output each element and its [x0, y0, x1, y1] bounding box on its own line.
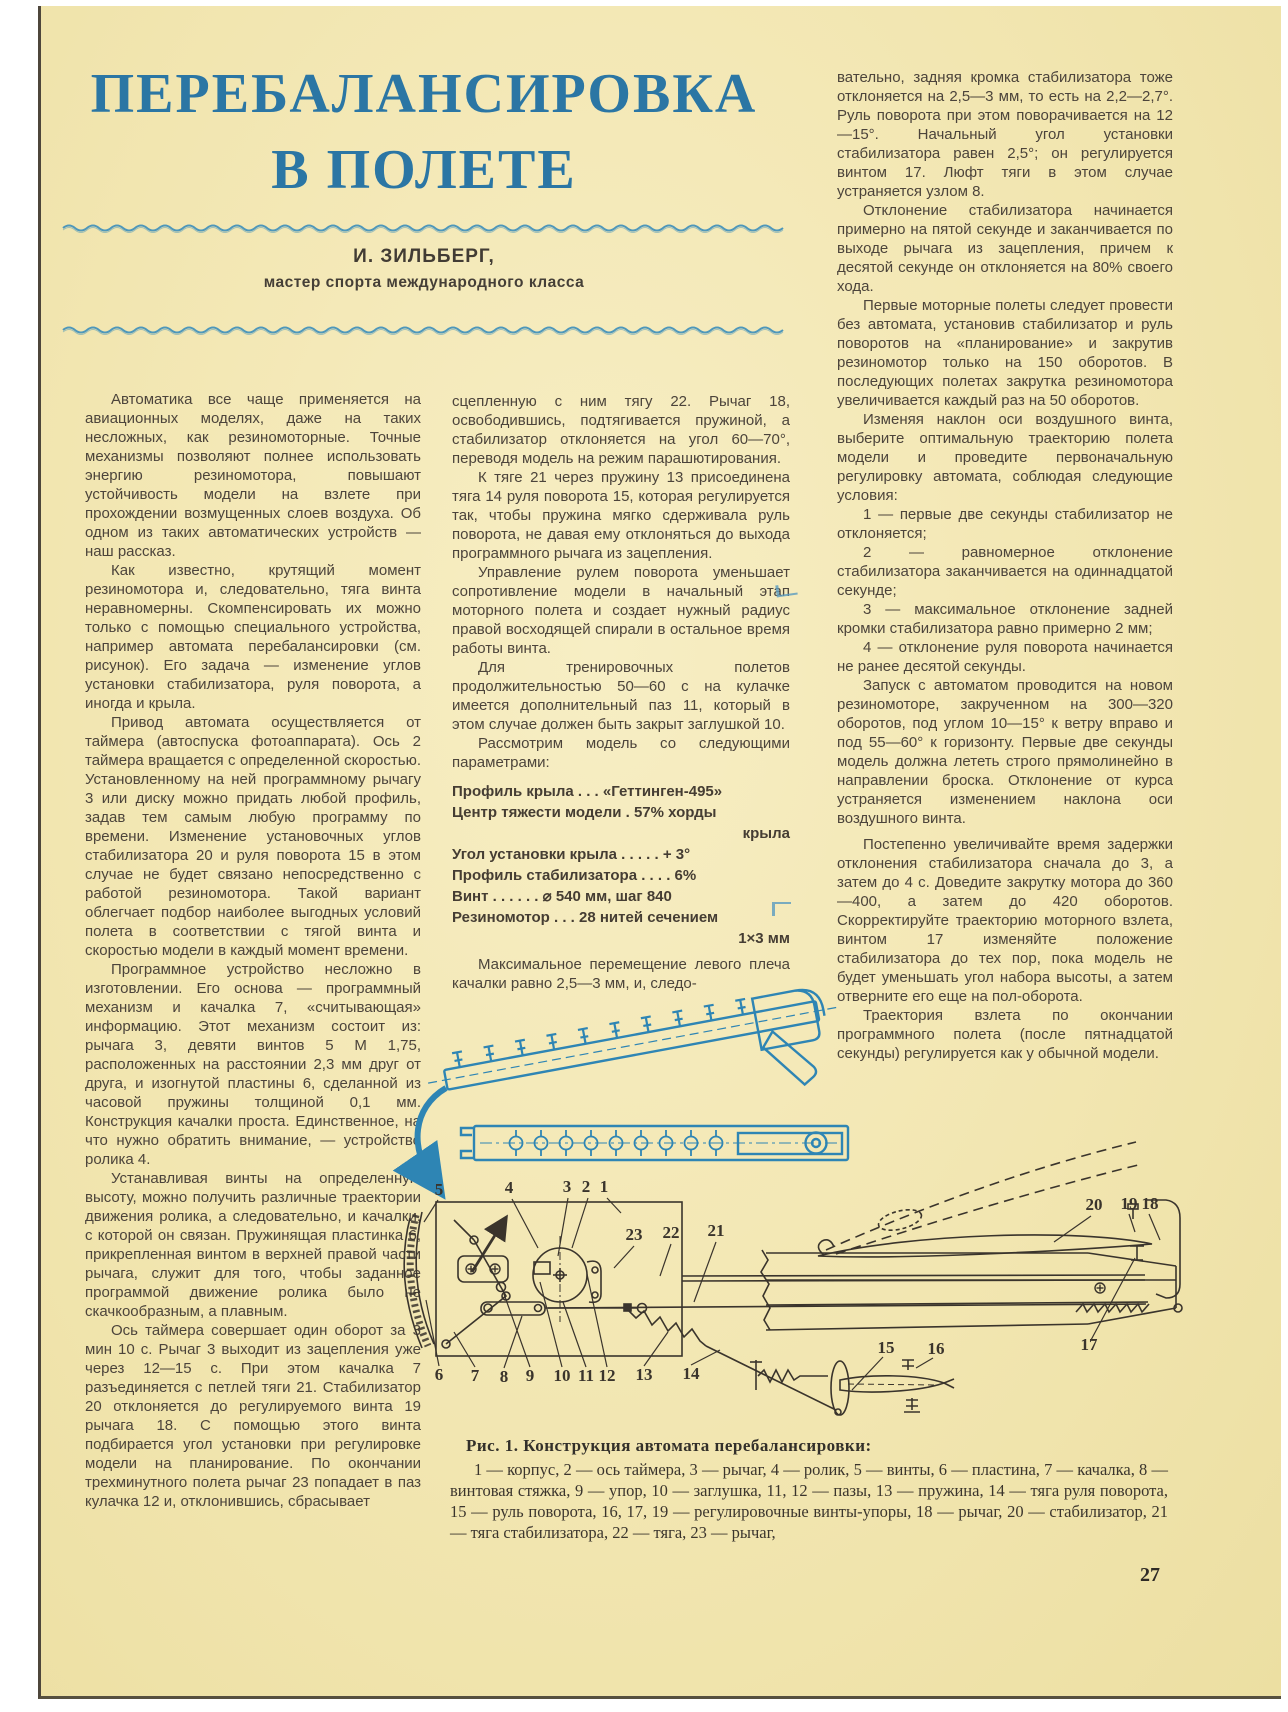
- wavy-rule-bottom: [62, 324, 786, 336]
- rudder-assembly: [750, 1360, 954, 1415]
- fuselage-tail: [761, 1250, 1182, 1330]
- flat-program-bar: [461, 1126, 848, 1160]
- paragraph: Отклонение стабилизатора начинается прим…: [837, 201, 1173, 296]
- page-title-line2: В ПОЛЕТЕ: [58, 142, 790, 198]
- paragraph: вательно, задняя кромка стабилизатора то…: [837, 68, 1173, 201]
- figure-callout: 7: [471, 1366, 480, 1385]
- figure-callout: 8: [500, 1367, 509, 1386]
- paragraph: сцепленную с ним тягу 22. Рычаг 18, осво…: [452, 392, 790, 468]
- figure-callout: 2: [582, 1177, 591, 1196]
- paragraph: Как известно, крутящий момент резиномото…: [85, 561, 421, 713]
- figure-caption-title: Рис. 1. Конструкция автомата перебаланси…: [466, 1436, 872, 1456]
- figure-callout: 16: [928, 1339, 945, 1358]
- figure-callout: 9: [526, 1366, 535, 1385]
- paragraph: Рассмотрим модель со следующими параметр…: [452, 734, 790, 772]
- figure-callout: 3: [563, 1177, 572, 1196]
- param-line: 1×3 мм: [452, 928, 790, 949]
- param-line: Угол установки крыла . . . . . + 3°: [452, 844, 790, 865]
- list-item: 1 — первые две секунды стабилизатор не о…: [837, 505, 1173, 543]
- paragraph: Для тренировочных полетов продолжительно…: [452, 658, 790, 734]
- figure-callout: 4: [505, 1178, 514, 1197]
- callout-leaders: [424, 1198, 1160, 1390]
- param-line: Профиль стабилизатора . . . . 6%: [452, 865, 790, 886]
- wavy-rule-top: [62, 222, 786, 234]
- paragraph: Привод автомата осуществляется от таймер…: [85, 713, 421, 960]
- paragraph: Запуск с автоматом проводится на новом р…: [837, 676, 1173, 828]
- figure-callout: 22: [663, 1223, 680, 1242]
- list-item: 3 — максимальное отклонение задней кромк…: [837, 600, 1173, 638]
- paragraph: К тяге 21 через пружину 13 присоединена …: [452, 468, 790, 563]
- tail-bracket: [1128, 1200, 1180, 1298]
- page-title-line1: ПЕРЕБАЛАНСИРОВКА: [58, 66, 790, 122]
- author-title: мастер спорта международного класса: [58, 274, 790, 292]
- figure-callout: 11: [578, 1366, 594, 1385]
- column-middle: сцепленную с ним тягу 22. Рычаг 18, осво…: [452, 392, 790, 993]
- param-line: Центр тяжести модели . 57% хорды: [452, 802, 790, 823]
- stray-ink-mark: [772, 902, 791, 916]
- paragraph: Изменяя наклон оси воздушного винта, выб…: [837, 410, 1173, 505]
- rocker-assembly: [442, 1220, 510, 1348]
- paragraph: Автоматика все чаще применяется на авиац…: [85, 390, 421, 561]
- figure-callout: 21: [708, 1221, 725, 1240]
- automaton-mechanism: [404, 1142, 1182, 1415]
- paragraph: Ось таймера совершает один оборот за 3 м…: [85, 1321, 421, 1511]
- column-left: Автоматика все чаще применяется на авиац…: [85, 390, 421, 1511]
- figure-callout: 13: [636, 1365, 653, 1384]
- figure-callout: 23: [626, 1225, 643, 1244]
- screw-16b: [904, 1398, 920, 1412]
- list-item: 4 — отклонение руля поворота начинается …: [837, 638, 1173, 676]
- page-number: 27: [1140, 1564, 1160, 1587]
- paragraph: Управление рулем поворота уменьшает сопр…: [452, 563, 790, 658]
- figure-callout: 10: [554, 1366, 571, 1385]
- curved-plate: [404, 1212, 434, 1348]
- param-line: крыла: [452, 823, 790, 844]
- pawl-lever: [761, 1025, 818, 1091]
- figure-callout: 1: [600, 1177, 609, 1196]
- figure-callout: 20: [1086, 1195, 1103, 1214]
- author-name: И. ЗИЛЬБЕРГ,: [58, 246, 790, 268]
- figure-callout: 17: [1081, 1335, 1099, 1354]
- figure-callout: 19: [1121, 1194, 1138, 1213]
- model-parameters: Профиль крыла . . . «Геттинген-495» Цент…: [452, 781, 790, 949]
- figure-callout: 12: [599, 1366, 616, 1385]
- param-line: Профиль крыла . . . «Геттинген-495»: [452, 781, 790, 802]
- figure-caption-text: 1 — корпус, 2 — ось таймера, 3 — рычаг, …: [450, 1459, 1168, 1543]
- paragraph: Первые моторные полеты следует провести …: [837, 296, 1173, 410]
- figure-callout: 14: [683, 1364, 701, 1383]
- magazine-page: ПЕРЕБАЛАНСИРОВКА В ПОЛЕТЕ И. ЗИЛЬБЕРГ, м…: [0, 0, 1288, 1712]
- figure-1: 1 2 3 4 5 6 7 8 9 10 11 12 13 14 15 16 1…: [388, 950, 1188, 1440]
- blue-curved-arrow: [418, 1088, 446, 1180]
- figure-callout: 15: [878, 1338, 895, 1357]
- paragraph: Программное устройство несложно в изгото…: [85, 960, 421, 1169]
- param-line: Винт . . . . . . ⌀ 540 мм, шаг 840: [452, 886, 790, 907]
- paragraph: Устанавливая винты на определенную высот…: [85, 1169, 421, 1321]
- rubber-sawtooth: [1076, 1304, 1149, 1312]
- param-line: Резиномотор . . . 28 нитей сечением: [452, 907, 790, 928]
- diagram-svg: 1 2 3 4 5 6 7 8 9 10 11 12 13 14 15 16 1…: [388, 950, 1188, 1440]
- figure-callout: 18: [1142, 1194, 1159, 1213]
- screw-16: [902, 1360, 914, 1370]
- spring-and-rudder-rod: [628, 1310, 836, 1410]
- figure-callout: 6: [435, 1365, 444, 1384]
- timer-cam: [533, 1236, 601, 1322]
- timer-program-lever-inset: [418, 983, 850, 1180]
- figure-callout: 5: [435, 1180, 444, 1199]
- list-item: 2 — равномерное отклонение стабилизатора…: [837, 543, 1173, 600]
- column-right: вательно, задняя кромка стабилизатора то…: [837, 68, 1173, 1063]
